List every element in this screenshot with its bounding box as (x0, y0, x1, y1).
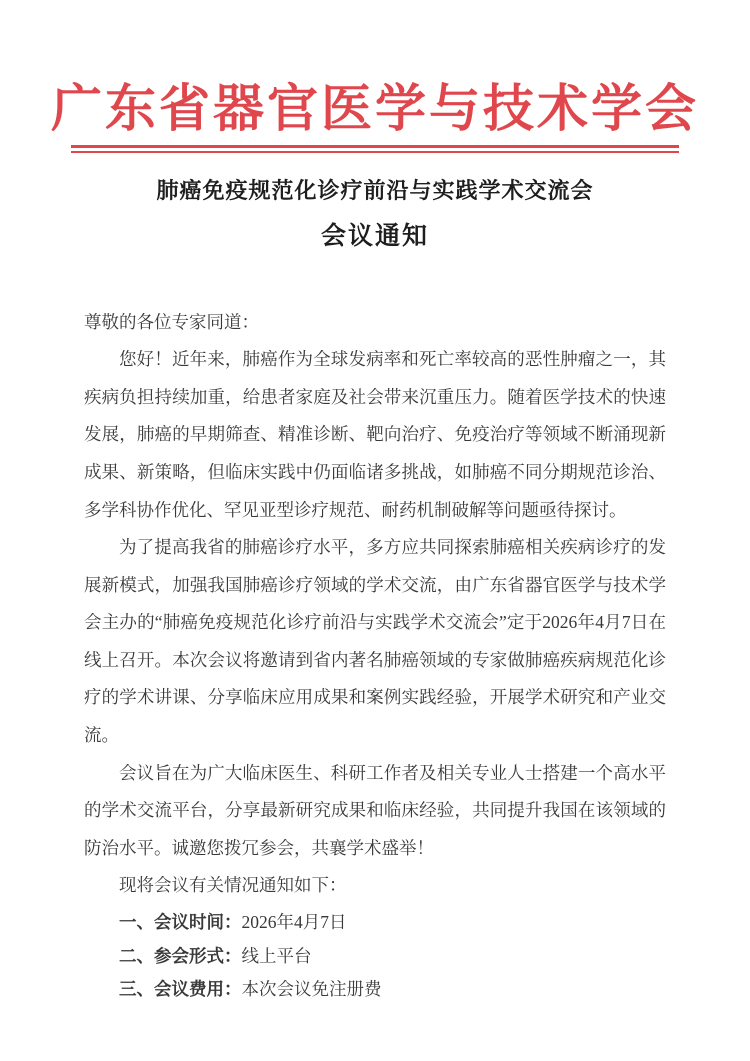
org-title: 广东省器官医学与技术学会 (0, 84, 750, 138)
document-header: 广东省器官医学与技术学会 肺癌免疫规范化诊疗前沿与实践学术交流会 会议通知 (0, 0, 750, 252)
conference-title: 肺癌免疫规范化诊疗前沿与实践学术交流会 (0, 174, 750, 205)
notice-intro: 现将会议有关情况通知如下： (84, 867, 666, 905)
meeting-time-label: 一、会议时间： (119, 912, 242, 932)
meeting-time-item: 一、会议时间：2026年4月7日 (84, 906, 666, 940)
title-double-underline (71, 145, 679, 153)
participation-format-label: 二、参会形式： (119, 946, 242, 966)
document-page: 广东省器官医学与技术学会 肺癌免疫规范化诊疗前沿与实践学术交流会 会议通知 尊敬… (0, 0, 750, 1061)
meeting-time-value: 2026年4月7日 (242, 912, 347, 932)
conference-fee-value: 本次会议免注册费 (242, 979, 382, 999)
paragraph-background: 您好！近年来，肺癌作为全球发病率和死亡率较高的恶性肿瘤之一，其疾病负担持续加重，… (84, 341, 666, 529)
notice-title: 会议通知 (0, 216, 750, 252)
notice-list: 一、会议时间：2026年4月7日 二、参会形式：线上平台 三、会议费用：本次会议… (84, 906, 666, 1007)
paragraph-conference-announcement: 为了提高我省的肺癌诊疗水平，多方应共同探索肺癌相关疾病诊疗的发展新模式，加强我国… (84, 529, 666, 755)
salutation: 尊敬的各位专家同道： (84, 304, 666, 342)
conference-fee-item: 三、会议费用：本次会议免注册费 (84, 973, 666, 1007)
document-body: 尊敬的各位专家同道： 您好！近年来，肺癌作为全球发病率和死亡率较高的恶性肿瘤之一… (84, 304, 666, 1007)
participation-format-item: 二、参会形式：线上平台 (84, 940, 666, 974)
conference-fee-label: 三、会议费用： (119, 979, 242, 999)
participation-format-value: 线上平台 (242, 946, 312, 966)
paragraph-purpose-invitation: 会议旨在为广大临床医生、科研工作者及相关专业人士搭建一个高水平的学术交流平台，分… (84, 755, 666, 868)
